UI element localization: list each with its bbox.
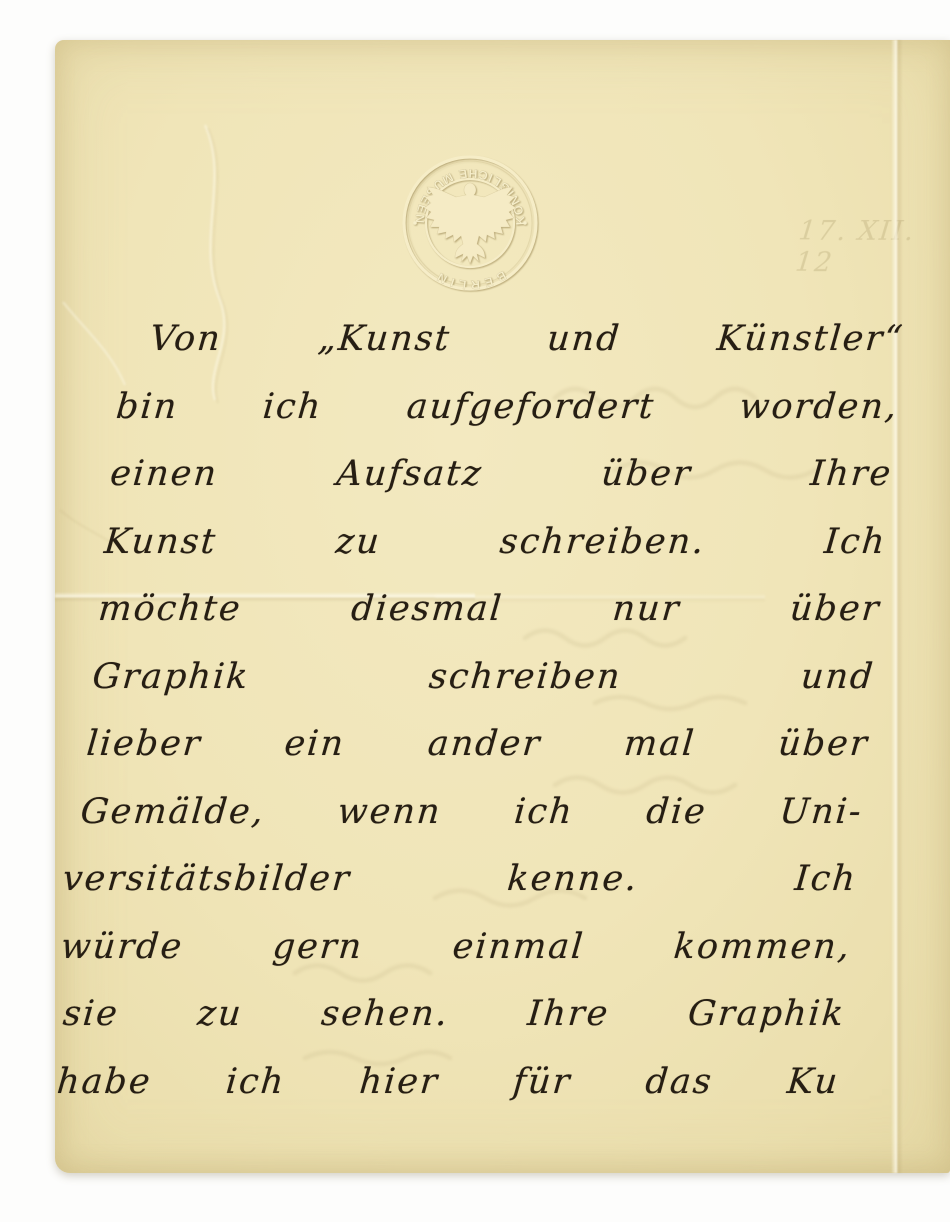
vertical-fold-crease [891, 40, 903, 1173]
seal-text-berlin: BERLIN [431, 268, 508, 292]
bleedthrough-date: 17. XII. 12 [794, 216, 950, 278]
letter-line: sie zu sehen. Ihre Graphik [60, 981, 848, 1049]
letter-line: Graphik schreiben und [90, 644, 878, 712]
letter-line: Gemälde, wenn ich die Uni- [78, 779, 866, 847]
letter-line: lieber ein ander mal über [84, 711, 872, 779]
letter-line: bin ich aufgefordert worden, [113, 374, 901, 442]
letter-paper-sheet: KÖNIGLICHE MUSEEN BERLIN 17. XII. 12 [55, 40, 950, 1173]
embossed-seal: KÖNIGLICHE MUSEEN BERLIN [385, 138, 555, 308]
letter-line: einen Aufsatz über Ihre [107, 441, 895, 509]
letter-line: habe ich hier für das Ku [54, 1049, 842, 1117]
letter-line: würde gern einmal kommen, [58, 914, 854, 982]
letter-body: Von „Kunst und Künstler“ bin ich aufgefo… [54, 306, 907, 1116]
letter-line: versitätsbilder kenne. Ich [60, 846, 860, 914]
letter-line: Von „Kunst und Künstler“ [119, 306, 907, 374]
letter-line: möchte diesmal nur über [95, 576, 883, 644]
letter-line: Kunst zu schreiben. Ich [101, 509, 889, 577]
